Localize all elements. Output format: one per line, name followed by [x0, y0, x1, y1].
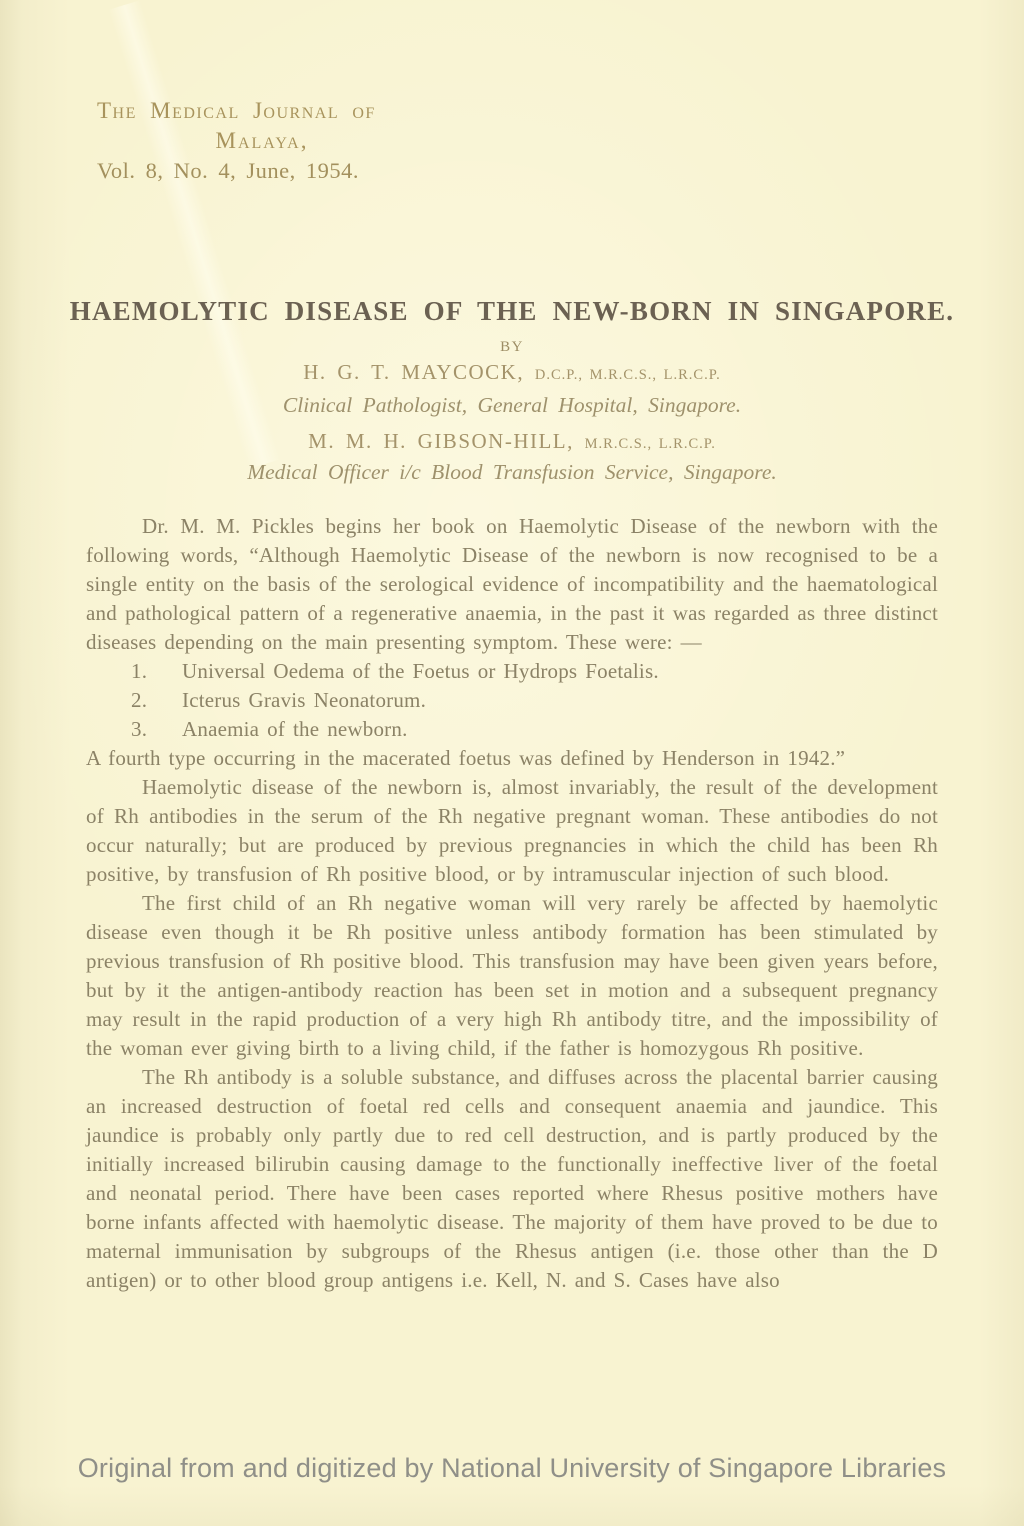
- numbered-list: 1. Universal Oedema of the Foetus or Hyd…: [86, 657, 938, 744]
- journal-volume-issue: Vol. 8, No. 4, June, 1954.: [97, 156, 427, 186]
- paragraph: The Rh antibody is a soluble substance, …: [86, 1063, 938, 1295]
- journal-header: The Medical Journal of Malaya, Vol. 8, N…: [97, 96, 427, 186]
- list-item-text: Icterus Gravis Neonatorum.: [182, 686, 938, 715]
- list-item-text: Anaemia of the newborn.: [182, 715, 938, 744]
- list-item-number: 3.: [131, 715, 182, 744]
- digitization-credit: Original from and digitized by National …: [0, 1453, 1024, 1484]
- author-1-credentials: D.C.P., M.R.C.S., L.R.C.P.: [535, 367, 721, 383]
- list-item-text: Universal Oedema of the Foetus or Hydrop…: [182, 657, 938, 686]
- author-2-name: M. M. H. GIBSON-HILL,: [308, 429, 574, 453]
- list-item-number: 2.: [131, 686, 182, 715]
- list-note: A fourth type occurring in the macerated…: [86, 744, 938, 773]
- paragraph: Haemolytic disease of the newborn is, al…: [86, 773, 938, 889]
- paragraph: Dr. M. M. Pickles begins her book on Hae…: [86, 512, 938, 657]
- article-body: Dr. M. M. Pickles begins her book on Hae…: [86, 512, 938, 1295]
- paragraph: The first child of an Rh negative woman …: [86, 889, 938, 1063]
- author-line-2: M. M. H. GIBSON-HILL, M.R.C.S., L.R.C.P.: [0, 429, 1024, 454]
- byline-label: BY: [0, 339, 1024, 356]
- author-1-affiliation: Clinical Pathologist, General Hospital, …: [0, 393, 1024, 418]
- list-item: 2. Icterus Gravis Neonatorum.: [131, 686, 938, 715]
- journal-name-line2: Malaya,: [97, 126, 427, 156]
- list-item: 1. Universal Oedema of the Foetus or Hyd…: [131, 657, 938, 686]
- article-title: HAEMOLYTIC DISEASE OF THE NEW-BORN IN SI…: [0, 296, 1024, 327]
- list-item-number: 1.: [131, 657, 182, 686]
- author-line-1: H. G. T. MAYCOCK, D.C.P., M.R.C.S., L.R.…: [0, 360, 1024, 385]
- journal-name-line1: The Medical Journal of: [97, 96, 427, 126]
- scanned-page: The Medical Journal of Malaya, Vol. 8, N…: [0, 0, 1024, 1526]
- author-1-name: H. G. T. MAYCOCK,: [303, 360, 524, 384]
- list-item: 3. Anaemia of the newborn.: [131, 715, 938, 744]
- author-2-credentials: M.R.C.S., L.R.C.P.: [585, 436, 716, 452]
- author-2-affiliation: Medical Officer i/c Blood Transfusion Se…: [0, 460, 1024, 485]
